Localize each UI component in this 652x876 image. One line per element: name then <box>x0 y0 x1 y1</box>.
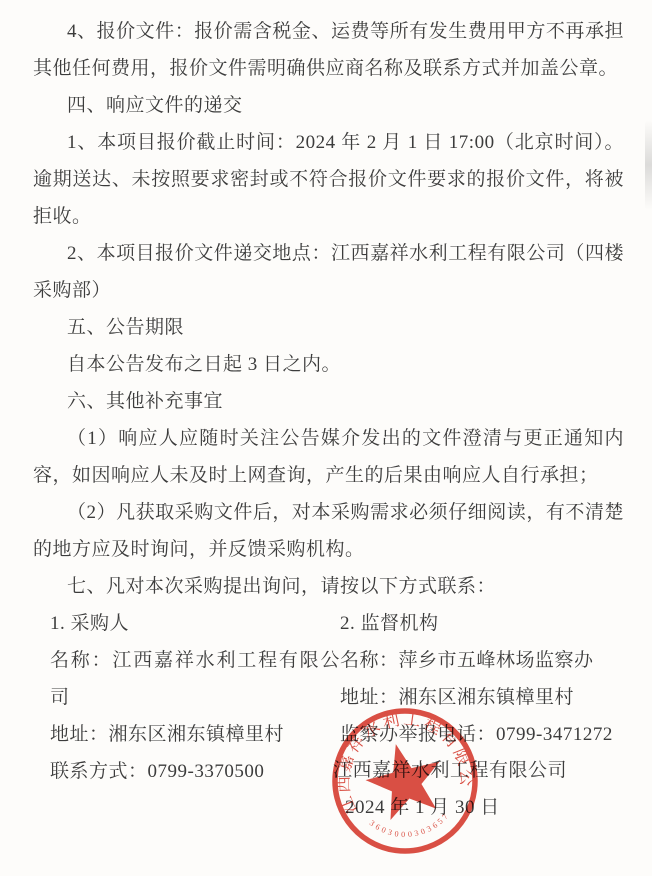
purchaser-column: 1. 采购人 名称：江西嘉祥水利工程有限公司 地址：湘东区湘东镇樟里村 联系方式… <box>33 605 340 790</box>
paragraph-deadline: 1、本项目报价截止时间：2024 年 2 月 1 日 17:00（北京时间）。逾… <box>33 124 624 235</box>
paragraph-supplementary-2: （2）凡获取采购文件后，对本采购需求必须仔细阅读，有不清楚的地方应及时询问，并反… <box>33 494 624 568</box>
signature-date: 2024 年 1 月 30 日 <box>333 789 567 826</box>
purchaser-name: 名称：江西嘉祥水利工程有限公司 <box>50 642 340 716</box>
paragraph-notice-period: 自本公告发布之日起 3 日之内。 <box>33 346 624 383</box>
supervisor-heading: 2. 监督机构 <box>340 605 624 642</box>
paragraph-submission-place: 2、本项目报价文件递交地点：江西嘉祥水利工程有限公司（四楼采购部） <box>33 235 624 309</box>
purchaser-phone: 联系方式：0799-3370500 <box>50 753 340 790</box>
section-heading-6-supplementary: 六、其他补充事宜 <box>33 383 624 420</box>
purchaser-address: 地址：湘东区湘东镇樟里村 <box>50 716 340 753</box>
supervisor-phone: 监察办举报电话：0799-3471272 <box>340 716 624 753</box>
section-heading-7-contact: 七、凡对本次采购提出询问，请按以下方式联系： <box>33 568 624 605</box>
section-heading-5-notice-period: 五、公告期限 <box>33 309 624 346</box>
scanned-document-page: 4、报价文件：报价需含税金、运费等所有发生费用甲方不再承担其他任何费用，报价文件… <box>0 0 652 876</box>
purchaser-heading: 1. 采购人 <box>50 605 340 642</box>
signature-block: 江西嘉祥水利工程有限公司 2024 年 1 月 30 日 <box>333 752 567 826</box>
supervisor-address: 地址：湘东区湘东镇樟里村 <box>340 679 624 716</box>
paragraph-supplementary-1: （1）响应人应随时关注公告媒介发出的文件澄清与更正通知内容，如因响应人未及时上网… <box>33 420 624 494</box>
paragraph-quotation-file: 4、报价文件：报价需含税金、运费等所有发生费用甲方不再承担其他任何费用，报价文件… <box>33 13 624 87</box>
document-body: 4、报价文件：报价需含税金、运费等所有发生费用甲方不再承担其他任何费用，报价文件… <box>0 13 652 790</box>
section-heading-4-submission: 四、响应文件的递交 <box>33 87 624 124</box>
signature-company-name: 江西嘉祥水利工程有限公司 <box>333 752 567 789</box>
supervisor-name: 名称：萍乡市五峰林场监察办 <box>340 642 624 679</box>
